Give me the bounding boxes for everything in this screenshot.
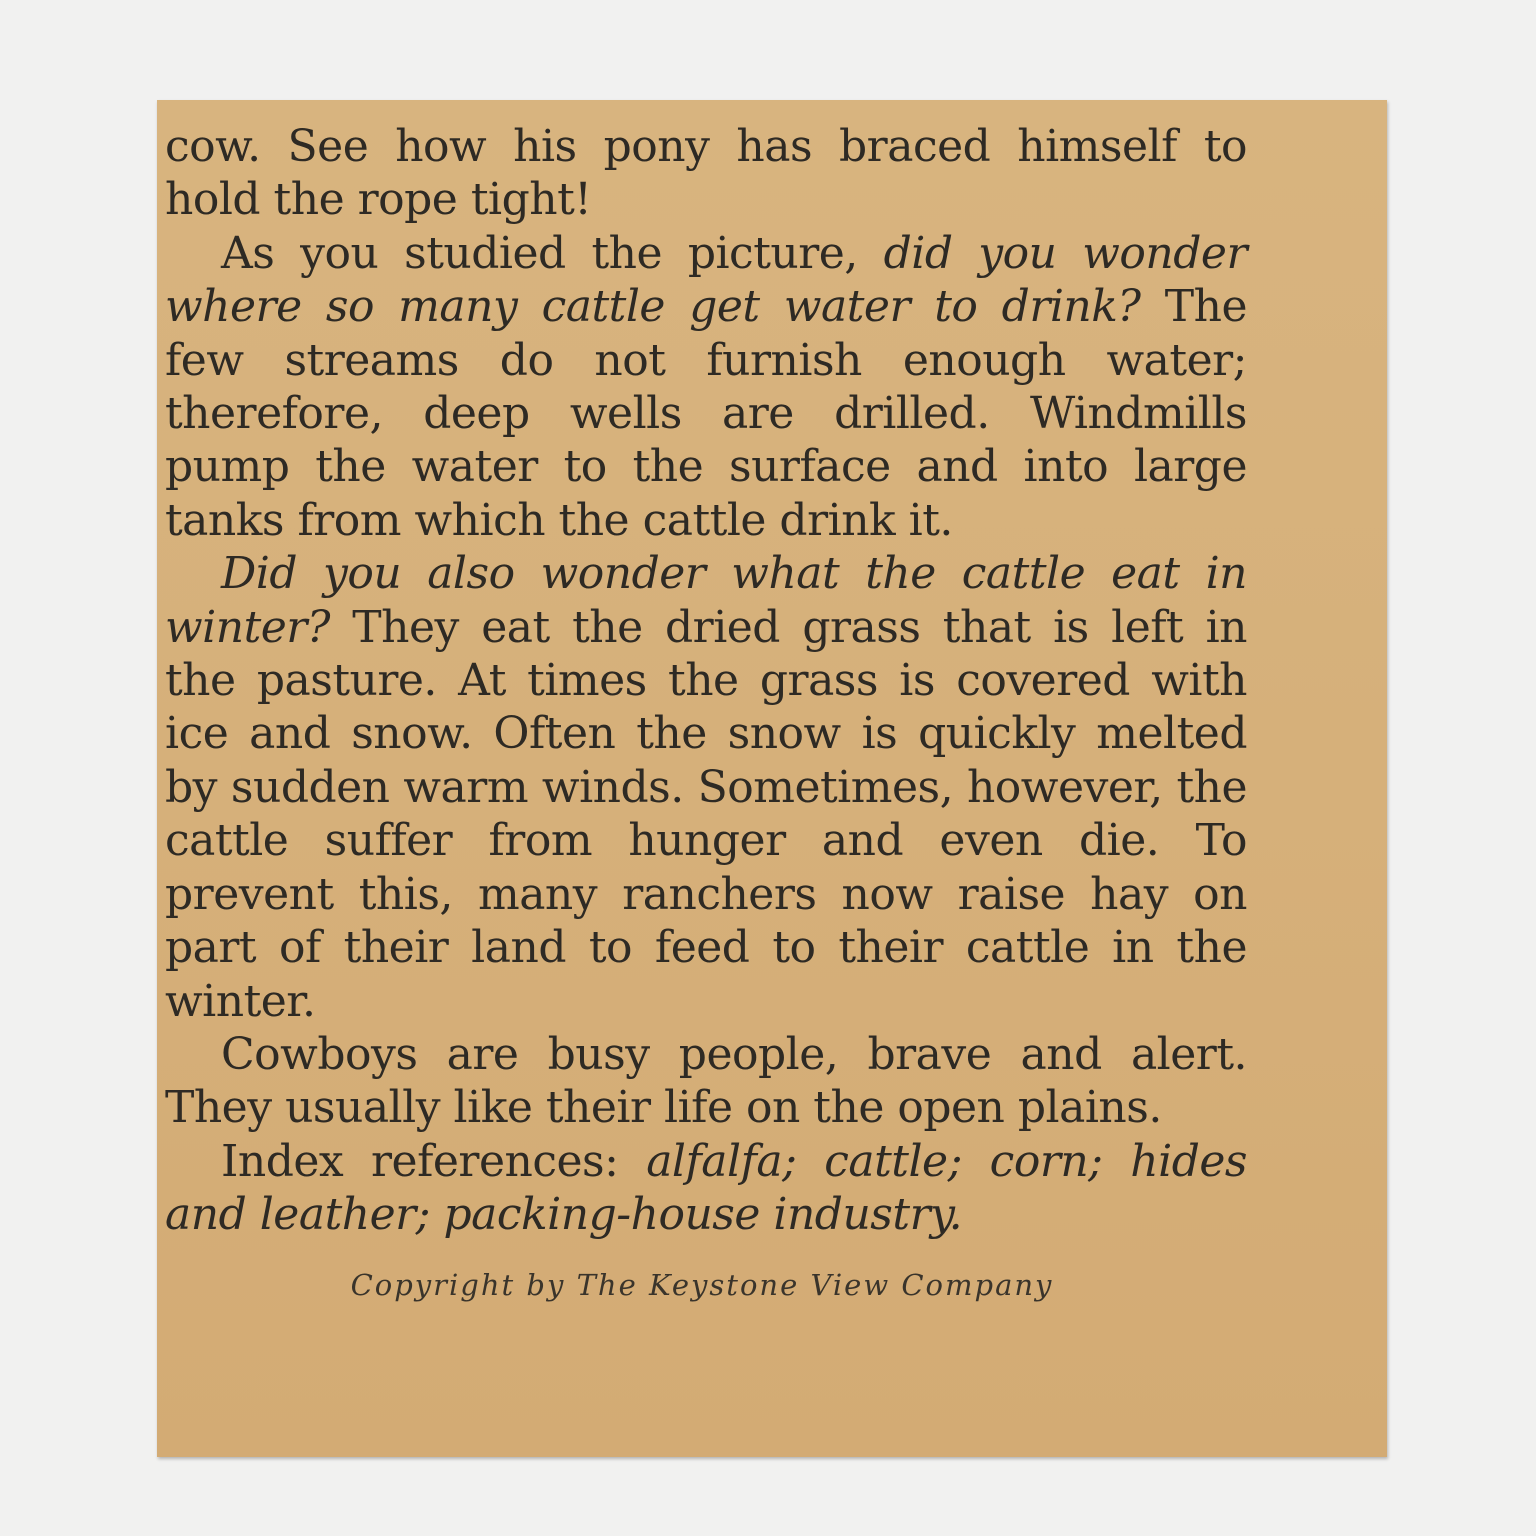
paragraph-water: As you studied the picture, did you wond…: [165, 227, 1247, 547]
text-segment: cow. See how his pony has braced himself…: [165, 121, 1247, 225]
index-label: Index references:: [221, 1136, 646, 1187]
copyright-line: Copyright by The Keystone View Company: [157, 1268, 1247, 1302]
text-segment: As you studied the picture,: [221, 228, 884, 279]
stereoview-card-back: cow. See how his pony has braced himself…: [157, 100, 1387, 1457]
paragraph-index-references: Index references: alfalfa; cattle; corn;…: [165, 1135, 1247, 1242]
paragraph-winter: Did you also wonder what the cattle eat …: [165, 547, 1247, 1028]
paragraph-cowboys: Cowboys are busy people, brave and alert…: [165, 1028, 1247, 1135]
text-segment: Cowboys are busy people, brave and alert…: [165, 1029, 1247, 1133]
card-text-body: cow. See how his pony has braced himself…: [165, 120, 1247, 1242]
text-segment: They eat the dried grass that is left in…: [165, 602, 1247, 1027]
paragraph-intro: cow. See how his pony has braced himself…: [165, 120, 1247, 227]
